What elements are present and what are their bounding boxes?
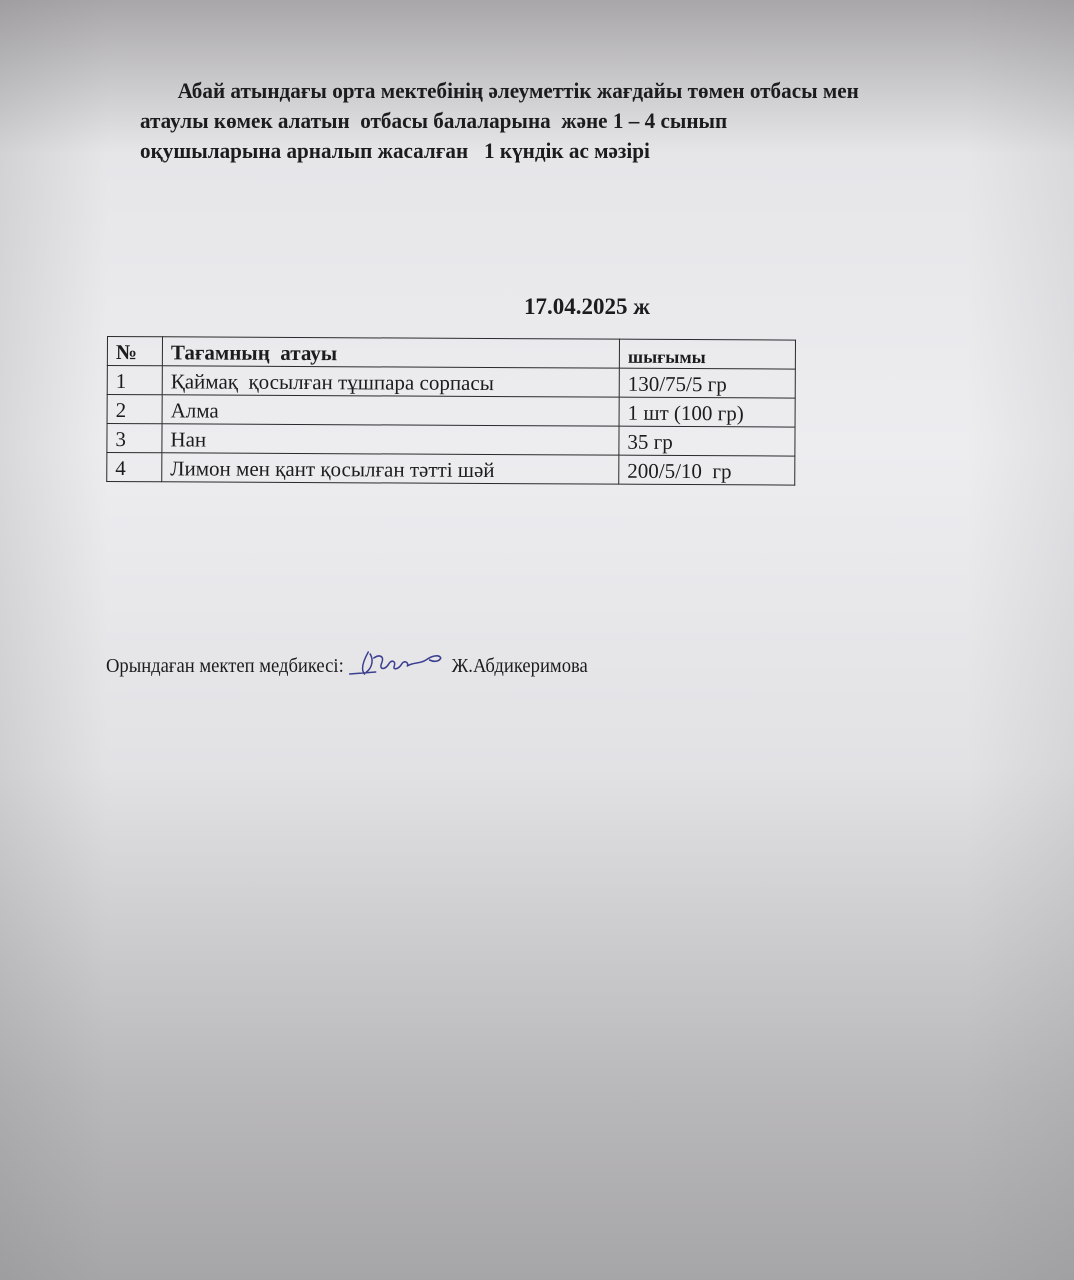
title-line-2: атаулы көмек алатын отбасы балаларына жә… bbox=[140, 106, 1014, 136]
table-row: 3 Нан 35 гр bbox=[107, 424, 795, 457]
title-line-3: оқушыларына арналып жасалған 1 күндік ас… bbox=[140, 136, 1014, 166]
row-dish-name: Қаймақ қосылған тұшпара сорпасы bbox=[162, 366, 619, 397]
menu-table: № Тағамның атауы шығымы 1 Қаймақ қосылға… bbox=[106, 336, 796, 486]
nurse-name: Ж.Абдикеримова bbox=[452, 655, 588, 678]
signature-icon bbox=[347, 648, 447, 682]
table-row: 4 Лимон мен қант қосылған тәтті шәй 200/… bbox=[107, 453, 795, 486]
document-date: 17.04.2025 ж bbox=[524, 294, 650, 320]
table-header-row: № Тағамның атауы шығымы bbox=[107, 337, 795, 370]
nurse-label: Орындаған мектеп медбикесі: bbox=[106, 655, 344, 678]
row-yield: 35 гр bbox=[619, 426, 795, 456]
title-line-1: Абай атындағы орта мектебінің әлеуметтік… bbox=[140, 76, 1014, 106]
header-dish-name: Тағамның атауы bbox=[162, 337, 619, 368]
header-yield: шығымы bbox=[619, 339, 795, 369]
table-row: 2 Алма 1 шт (100 гр) bbox=[107, 395, 795, 428]
document-title: Абай атындағы орта мектебінің әлеуметтік… bbox=[140, 76, 1014, 166]
row-yield: 200/5/10 гр bbox=[619, 455, 795, 485]
row-number: 3 bbox=[107, 424, 162, 453]
table-row: 1 Қаймақ қосылған тұшпара сорпасы 130/75… bbox=[107, 366, 795, 399]
row-yield: 1 шт (100 гр) bbox=[619, 397, 795, 427]
row-yield: 130/75/5 гр bbox=[619, 368, 795, 398]
signature-block: Орындаған мектеп медбикесі: Ж.Абдикеримо… bbox=[106, 648, 588, 678]
paper-shading bbox=[0, 0, 1074, 1280]
row-dish-name: Лимон мен қант қосылған тәтті шәй bbox=[162, 453, 619, 484]
row-number: 4 bbox=[107, 453, 162, 482]
header-number: № bbox=[107, 337, 162, 366]
row-dish-name: Алма bbox=[162, 395, 619, 426]
row-number: 1 bbox=[107, 366, 162, 395]
row-dish-name: Нан bbox=[162, 424, 619, 455]
row-number: 2 bbox=[107, 395, 162, 424]
